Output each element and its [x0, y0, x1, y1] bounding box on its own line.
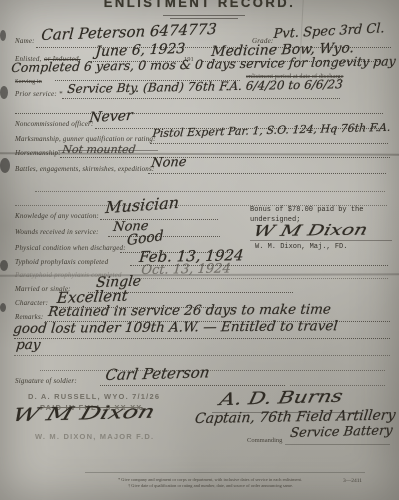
bonus-line1: Bonus of $78.00 paid by the — [250, 206, 363, 214]
soldier-signature-value: Carl Peterson — [104, 363, 211, 384]
fort-stamp: D. A. RUSSELL, WYO. 7/1/26 — [28, 392, 160, 401]
nco-value: Never — [89, 108, 134, 126]
battles-value: None — [150, 155, 187, 171]
typhoid-label: Typhoid prophylaxis completed — [15, 258, 108, 266]
nco-label: Noncommissioned officer: — [15, 120, 94, 128]
dixon-signature: W M Dixon — [10, 401, 158, 426]
grade-value: Pvt. Spec 3rd Cl. — [273, 21, 385, 42]
bonus-signature: W M Dixon — [251, 221, 370, 241]
marksmanship-label: Marksmanship, gunner qualification or ra… — [15, 135, 156, 143]
bonus-typed-name: W. M. Dixon, Maj., FD. — [255, 243, 347, 251]
soldier-signature-label: Signature of soldier: — [15, 377, 77, 385]
signature-underline — [285, 444, 390, 445]
scan-artifact — [0, 86, 8, 99]
form-number: 3—2411 — [343, 478, 362, 484]
name-label: Name: — [15, 37, 35, 45]
physical-label: Physical condition when discharged: — [15, 244, 126, 252]
serving-in-struck-label: Serving in — [15, 78, 42, 85]
remarks-line3: pay — [15, 337, 41, 353]
battles-label: Battles, engagements, skirmishes, expedi… — [15, 165, 154, 173]
character-label: Character: — [15, 299, 48, 307]
enlistment-record-document: ENLISTMENT RECORD. Name: Carl Peterson 6… — [0, 0, 399, 500]
footnote-line1: * Give company and regiment or corps or … — [118, 477, 302, 483]
officer-signature: A. D. Burns — [218, 387, 345, 411]
commanding-value: Service Battery — [289, 423, 393, 441]
prior-service-label: Prior service: * — [15, 90, 63, 98]
scan-artifact — [0, 260, 8, 271]
scan-artifact — [0, 30, 6, 41]
scan-artifact — [0, 158, 10, 173]
vocation-value: Musician — [105, 193, 180, 217]
scan-artifact — [0, 303, 6, 312]
marksmanship-value: Pistol Expert Par. 1, S.O. 124, Hq 76th … — [152, 121, 391, 140]
title-underline — [163, 15, 245, 16]
footer-rule — [85, 472, 365, 473]
signature-underline — [250, 240, 392, 241]
document-title: ENLISTMENT RECORD. — [0, 0, 399, 10]
name-value: Carl Peterson 6474773 — [41, 20, 218, 44]
dixon-stamp: W. M. DIXON, MAJOR F.D. — [35, 432, 154, 441]
footnote-line2: † Give date of qualification or rating a… — [128, 483, 293, 489]
remarks-line1: Retained in service 26 days to make time — [47, 302, 331, 320]
title-underline — [170, 18, 238, 19]
vocation-label: Knowledge of any vocation: — [15, 212, 99, 220]
wounds-label: Wounds received in service: — [15, 228, 99, 236]
horsemanship-strike — [58, 150, 158, 151]
remarks-line2: good lost under 109th A.W. — Entitled to… — [12, 318, 338, 337]
commanding-label: Commanding — [247, 437, 282, 444]
